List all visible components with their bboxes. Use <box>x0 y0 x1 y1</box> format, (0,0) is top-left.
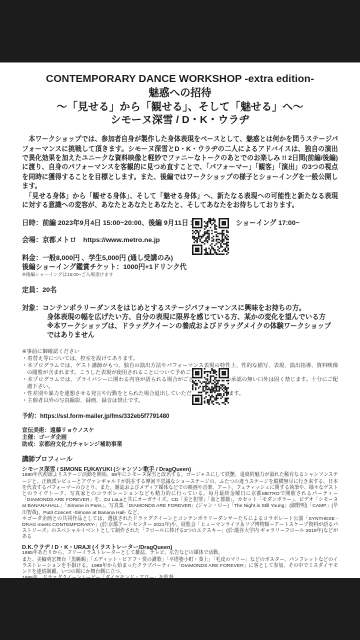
screenshot-stage: CONTEMPORARY DANCE WORKSHOP -extra editi… <box>0 0 360 640</box>
flyer-title-jp: 魅惑への招待 <box>22 87 338 101</box>
audience-section: 対象：コンテンポラリーダンスをはじめとするステージパフォーマンスに興味をお持ちの… <box>22 304 338 340</box>
capacity-line: 定員：20名 <box>22 286 338 295</box>
credit-grant-line: 助成：京都府文化力チャレンジ補助事業 <box>22 442 338 449</box>
note-item: ・着替え等については、控室を設けてあります。 <box>22 356 338 363</box>
intro-paragraph-2: 「見せる身体」から「観せる身体」、そして「魅せる身体」へ、新たなる表現への可能性… <box>22 192 338 211</box>
audience-line-2: 身体表現の幅を広げたい方、自分の表現に限界を感じている方、某かの変化を望んでいる… <box>22 313 338 322</box>
note-item: ・本プログラムでは、ゲスト講師がもつ、独自の演出方法やパフォーマンス表現の特性上… <box>22 363 338 377</box>
note-item: ・本プログラムでは、プライバシーに関わる内容が語られる場合がございます。個人の承… <box>22 377 338 391</box>
note-item: ・性差別や暴力を連想させる発言や行動をとられた場合退出していただくことがございま… <box>22 391 338 398</box>
profiles-section: 講師プロフィール シモーヌ深雪 / SIMONE FUKAYUKI (シャンソン… <box>22 456 338 578</box>
qr-code <box>192 368 229 405</box>
datetime-line: 日時：前編 2023年9月4日 15:00~20:00、後編 9月11日 15:… <box>22 219 338 228</box>
notes-section: ※事前に御確認ください ・着替え等については、控室を設けてあります。 ・本プログ… <box>22 349 338 405</box>
qr-code-reservation <box>192 368 229 405</box>
venue-line: 会場：京都メトロ https://www.metro.ne.jp <box>22 236 338 245</box>
fee-line-2: 後編ショーイング鑑賞チケット：1000円+1ドリンク代 <box>22 263 338 272</box>
flyer-document: CONTEMPORARY DANCE WORKSHOP -extra editi… <box>0 63 360 578</box>
profiles-heading: 講師プロフィール <box>22 456 338 464</box>
qr-code <box>192 218 229 255</box>
reservation-section: 予約：https://ssl.form-mailer.jp/fms/332eb5… <box>22 414 338 422</box>
reservation-url-line: 予約：https://ssl.form-mailer.jp/fms/332eb5… <box>22 414 338 422</box>
notes-heading: ※事前に御確認ください <box>22 349 338 356</box>
flyer-title-en: CONTEMPORARY DANCE WORKSHOP -extra editi… <box>22 73 338 87</box>
audience-line-3: ※本ワークショップは、ドラァグクイーンの養成およびドラァグメイクの体験ワークショ… <box>22 322 338 340</box>
credits-section: 宣伝美術：遠藤リョウノスケ 主催：ゴーダ企画 助成：京都府文化力チャレンジ補助事… <box>22 428 338 449</box>
profile-simone-bio-extra: ＊ゴーダ企画との共同作品としては、選抜されたドラァグクイーンとコンテンポラリーダ… <box>22 517 338 542</box>
profile-simone-bio: 1980年代初頭よりステージ活動を開始、88年にシモーヌ深雪と改名する。ゴージャ… <box>22 473 338 516</box>
fee-section: 料金：一般8,000円 、学生5,000円 (通し受講のみ) 後編ショーイング鑑… <box>22 254 338 278</box>
audience-line-1: 対象：コンテンポラリーダンスをはじめとするステージパフォーマンスに興味をお持ちの… <box>22 304 338 313</box>
fee-note: ※後編ショーイングは15:00~ご入場頂けます <box>22 272 338 278</box>
letterbox-bottom <box>0 578 360 640</box>
fee-line-1: 料金：一般8,000円 、学生5,000円 (通し受講のみ) <box>22 254 338 263</box>
intro-paragraph-1: 本ワークショップでは、参加者自身が製作した身体表現をベースとして、魅惑とは何かを… <box>22 135 338 191</box>
flyer-title-block: CONTEMPORARY DANCE WORKSHOP -extra editi… <box>22 73 338 128</box>
letterbox-top <box>0 0 360 63</box>
intro-section: 本ワークショップでは、参加者自身が製作した身体表現をベースとして、魅惑とは何かを… <box>22 135 338 210</box>
qr-code-venue <box>192 218 229 255</box>
profile-uraji-bio-line: また、美輪明宏舞台「黒蜥蜴」「エディット・ピアフ・愛の讃歌」「卒塔婆小町・葵上」… <box>22 558 338 577</box>
credit-art-line: 宣伝美術：遠藤リョウノスケ <box>22 428 338 435</box>
credit-organizer-line: 主催：ゴーダ企画 <box>22 435 338 442</box>
flyer-subtitle: ～「見せる」から「観せる」、そして「魅せる」へ～ <box>22 101 338 115</box>
note-item: ・主催者以外の写真撮影、録画、録音は禁止です。 <box>22 398 338 405</box>
flyer-performers: シモーヌ深雪 / D・K・ウラヂ <box>22 114 338 128</box>
